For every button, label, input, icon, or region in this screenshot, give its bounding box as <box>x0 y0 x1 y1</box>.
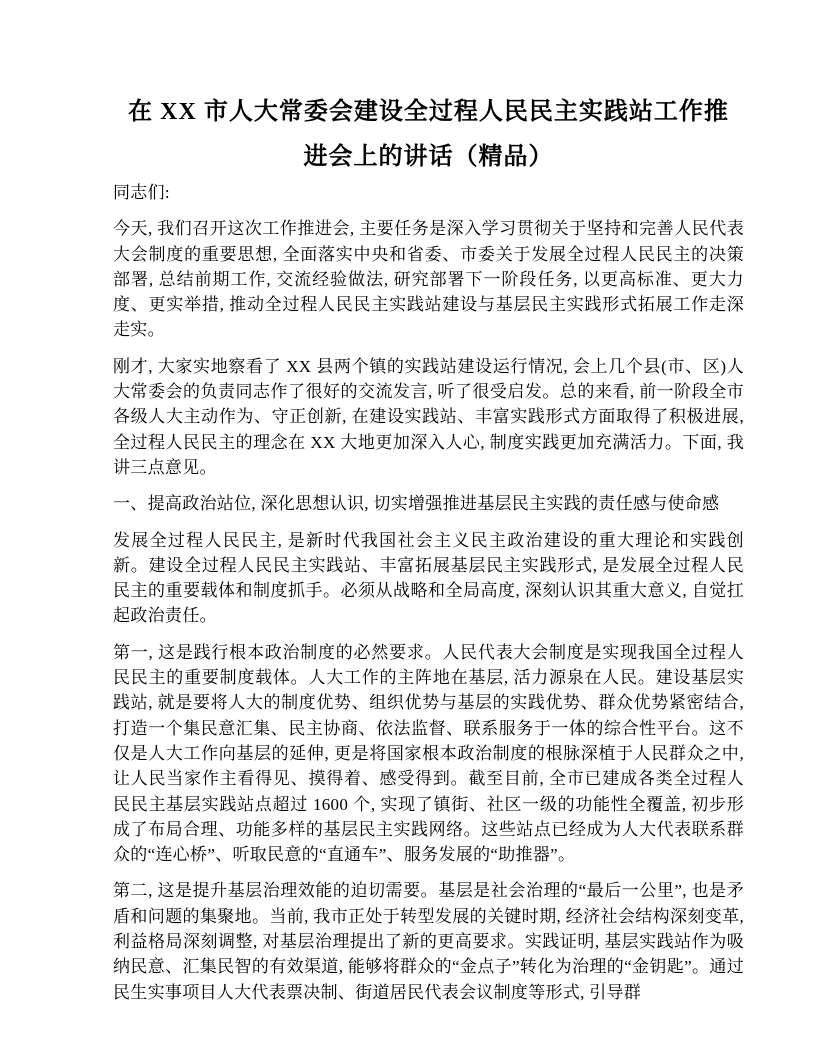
paragraph-opening: 今天, 我们召开这次工作推进会, 主要任务是深入学习贯彻关于坚持和完善人民代表大… <box>113 216 744 342</box>
salutation: 同志们: <box>113 180 744 205</box>
document-page: 在 XX 市人大常委会建设全过程人民民主实践站工作推 进会上的讲话（精品） 同志… <box>0 0 816 1056</box>
paragraph-significance-intro: 发展全过程人民民主, 是新时代我国社会主义民主政治建设的重大理论和实践创新。建设… <box>113 528 744 629</box>
document-title: 在 XX 市人大常委会建设全过程人民民主实践站工作推 进会上的讲话（精品） <box>113 90 744 180</box>
paragraph-point-first: 第一, 这是践行根本政治制度的必然要求。人民代表大会制度是实现我国全过程人民民主… <box>113 640 744 868</box>
section-heading-1: 一、提高政治站位, 深化思想认识, 切实增强推进基层民主实践的责任感与使命感 <box>113 491 744 516</box>
title-line-1: 在 XX 市人大常委会建设全过程人民民主实践站工作推 <box>113 90 744 135</box>
paragraph-point-second: 第二, 这是提升基层治理效能的迫切需要。基层是社会治理的“最后一公里”, 也是矛… <box>113 878 744 1004</box>
paragraph-review: 刚才, 大家实地察看了 XX 县两个镇的实践站建设运行情况, 会上几个县(市、区… <box>113 354 744 480</box>
document-body: 同志们: 今天, 我们召开这次工作推进会, 主要任务是深入学习贯彻关于坚持和完善… <box>113 180 744 1005</box>
title-line-2: 进会上的讲话（精品） <box>113 135 744 180</box>
